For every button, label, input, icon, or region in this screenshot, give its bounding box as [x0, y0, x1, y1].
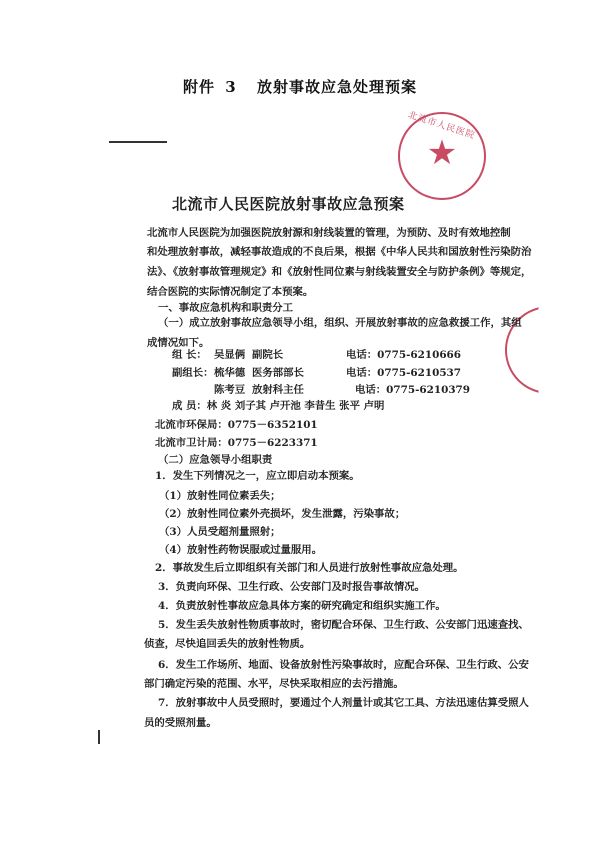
duty-5-cont: 侦查，尽快追回丢失的放射性物质。: [144, 635, 310, 650]
phone-label: 电话：: [346, 367, 377, 379]
duty-4: 4．负责放射性事故应急具体方案的研究确定和组织实施工作。: [158, 597, 446, 612]
case-4: （4）放射性药物误服或过量服用。: [159, 541, 322, 556]
attachment-title: 附件 3 放射事故应急处理预案: [0, 76, 600, 97]
scan-rule-line: [109, 141, 167, 143]
case-1: （1）放射性同位素丢失；: [159, 487, 281, 502]
leader-name: 梳华德: [214, 364, 252, 379]
bureau-name: 北流市卫计局：: [155, 437, 228, 449]
case-2: （2）放射性同位素外壳损坏，发生泄露，污染事故；: [159, 505, 405, 520]
bureau-phone: 0775－6352101: [228, 419, 318, 431]
document-heading: 北流市人民医院放射事故应急预案: [172, 193, 405, 214]
attachment-prefix: 附件: [183, 78, 215, 96]
leader-role: 副组长：: [172, 364, 214, 379]
leader-name: 吴显俩: [214, 346, 252, 361]
members-row: 成 员：林 炎 刘子其 卢开池 李昔生 张平 卢明: [172, 397, 384, 412]
bureau-row: 北流市卫计局：0775－6223371: [155, 434, 318, 449]
section-1-heading: 一、事故应急机构和职责分工: [158, 299, 293, 314]
star-icon: ★: [400, 136, 484, 170]
intro-line-4: 结合医院的实际情况制定了本预案。: [147, 283, 313, 298]
bureau-name: 北流市环保局：: [155, 419, 228, 431]
leader-title: 副院长: [252, 346, 346, 361]
case-3: （3）人员受超剂量照射；: [159, 523, 281, 538]
leader-row: 组 长：吴显俩副院长电话：0775-6210666: [172, 346, 461, 361]
leader-phone: 0775-6210379: [386, 384, 470, 396]
attachment-name: 放射事故应急处理预案: [257, 78, 417, 96]
attachment-number: 3: [225, 78, 236, 96]
leader-name: 陈考豆: [214, 381, 252, 396]
leader-phone: 0775-6210666: [377, 349, 461, 361]
leader-row: 副组长：梳华德医务部部长电话：0775-6210537: [172, 364, 461, 379]
subsection-1: （一）成立放射事故应急领导小组，组织、开展放射事故的应急救援工作，其组: [158, 314, 522, 329]
duty-3: 3．负责向环保、卫生行政、公安部门及时报告事故情况。: [158, 578, 425, 593]
official-seal: 北流市人民医院 ★: [398, 112, 486, 200]
intro-line-1: 北流市人民医院为加强医院放射源和射线装置的管理，为预防、及时有效地控制: [147, 224, 511, 239]
phone-label: 电话：: [346, 349, 377, 361]
duty-6: 6．发生工作场所、地面、设备放射性污染事故时，应配合环保、卫生行政、公安: [158, 656, 529, 671]
intro-line-2: 和处理放射事故，减轻事故造成的不良后果，根据《中华人民共和国放射性污染防治: [147, 243, 531, 258]
leader-title: 医务部部长: [252, 364, 346, 379]
leader-phone: 0775-6210537: [377, 367, 461, 379]
bureau-row: 北流市环保局：0775－6352101: [155, 416, 318, 431]
members-list: 林 炎 刘子其 卢开池 李昔生 张平 卢明: [207, 400, 385, 412]
leader-role: 组 长：: [172, 346, 214, 361]
duty-1: 1．发生下列情况之一，应立即启动本预案。: [155, 467, 360, 482]
duty-2: 2．事故发生后立即组织有关部门和人员进行放射性事故应急处理。: [155, 559, 464, 574]
duty-7: 7．放射事故中人员受照时，要通过个人剂量计或其它工具、方法迅速估算受照人: [158, 694, 529, 709]
scan-artifact-mark: [98, 730, 100, 744]
duty-5: 5．发生丢失放射性物质事故时，密切配合环保、卫生行政、公安部门迅速查找、: [158, 616, 529, 631]
duty-7-cont: 员的受照剂量。: [144, 714, 217, 729]
bureau-phone: 0775－6223371: [228, 437, 318, 449]
leader-title: 放射科主任: [252, 381, 355, 396]
phone-label: 电话：: [355, 384, 386, 396]
leader-row: 陈考豆放射科主任电话：0775-6210379: [214, 381, 470, 396]
duty-6-cont: 部门确定污染的范围、水平，尽快采取相应的去污措施。: [144, 675, 404, 690]
members-label: 成 员：: [172, 400, 207, 412]
subsection-2: （二）应急领导小组职责: [158, 451, 272, 466]
intro-line-3: 法》、《放射事故管理规定》和《放射性同位素与射线装置安全与防护条例》等规定，: [147, 263, 531, 278]
